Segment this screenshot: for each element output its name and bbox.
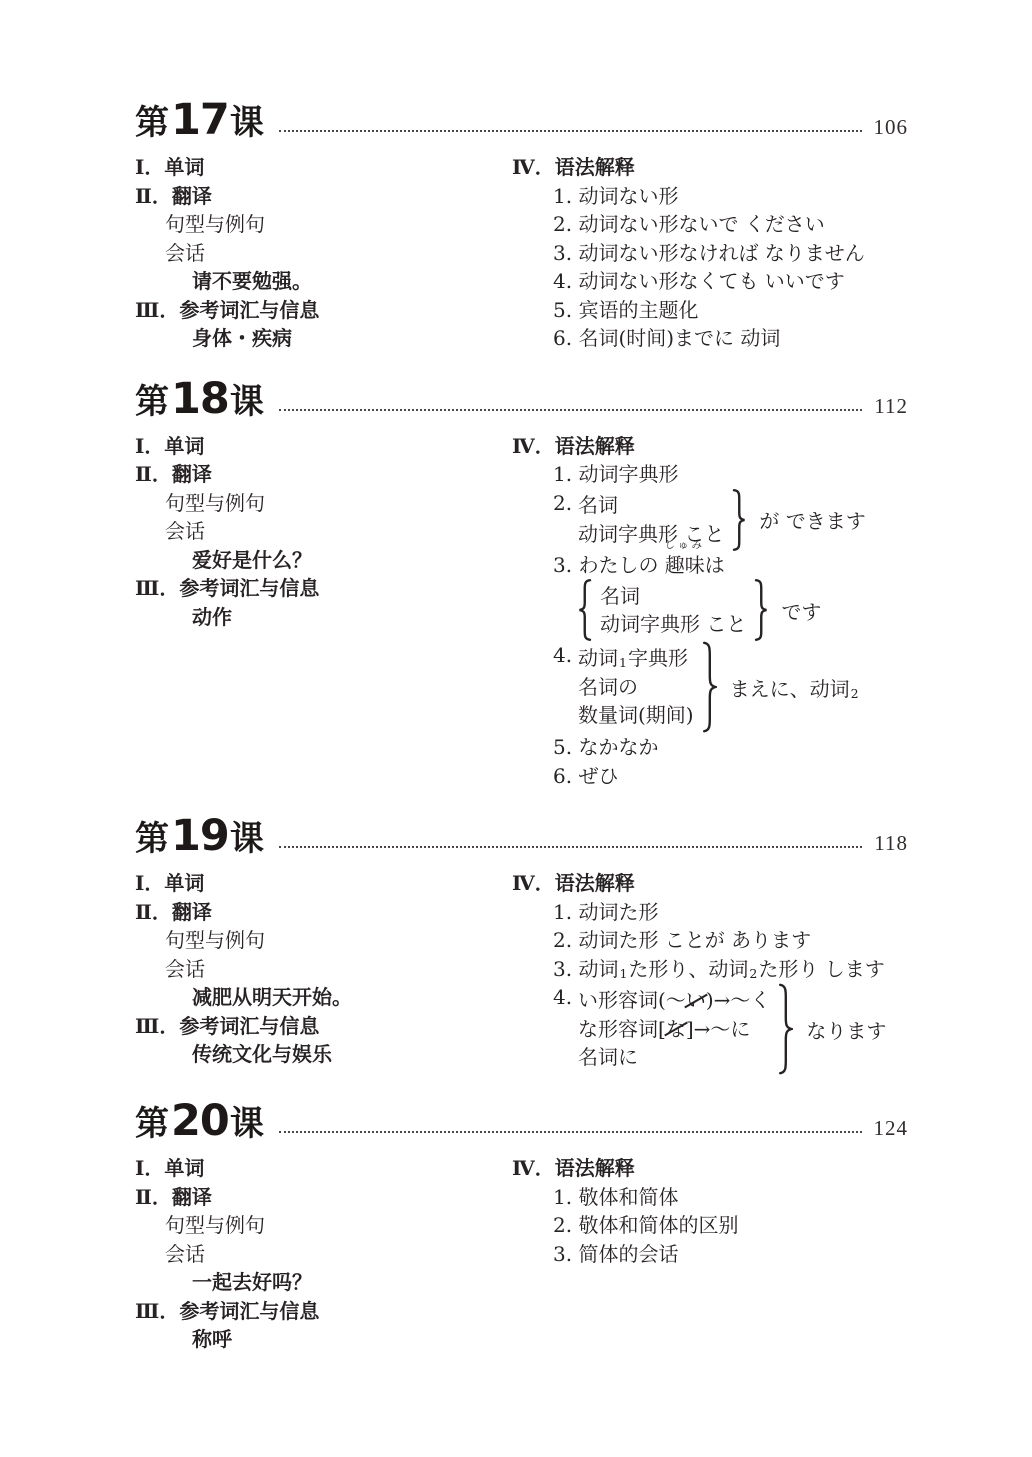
subscript: 2	[748, 966, 758, 981]
lesson-prefix: 第	[135, 103, 170, 143]
brace-line: 名词	[600, 582, 746, 611]
grammar-item: 2. 动词ない形ないで ください	[512, 210, 908, 239]
subscript: 1	[618, 655, 628, 670]
toc-entry: 句型与例句	[135, 1211, 512, 1240]
toc-entry: 会话	[135, 239, 512, 268]
left-brace	[578, 579, 593, 641]
lesson-prefix: 第	[135, 1104, 170, 1144]
grammar-header: Ⅳ．语法解释	[512, 869, 908, 898]
section-lesson-19: 第19课 118 Ⅰ．单词 Ⅱ．翻译 句型与例句 会话 减肥从明天开始。 Ⅲ．参…	[135, 816, 908, 1075]
grammar-item: 1. 动词字典形	[512, 460, 908, 489]
section-lesson-18: 第18课 112 Ⅰ．单词 Ⅱ．翻译 句型与例句 会话 爱好是什么？ Ⅲ．参考词…	[135, 379, 908, 791]
page-number: 112	[874, 396, 908, 417]
lesson-suffix: 课	[230, 103, 265, 143]
brace-line: 名词	[578, 491, 724, 520]
left-column: Ⅰ．单词 Ⅱ．翻译 句型与例句 会话 请不要勉强。 Ⅲ．参考词汇与信息 身体・疾…	[135, 153, 512, 353]
toc-entry: 会话	[135, 955, 512, 984]
lesson-number: 17	[170, 95, 230, 145]
toc-entry: Ⅲ．参考词汇与信息	[135, 296, 512, 325]
brace-line: な形容词[な]→〜に	[578, 1015, 770, 1044]
item-number: 4.	[553, 983, 578, 1012]
brace-line: 名词の	[578, 673, 694, 702]
item-number: 4.	[553, 641, 578, 670]
furigana: しゅみ	[665, 540, 706, 551]
right-brace	[777, 983, 793, 1075]
grammar-item: 3. 简体的会话	[512, 1240, 908, 1269]
grammar-item: 4. 动词ない形なくても いいです	[512, 267, 908, 296]
brace-line: 动词字典形 こと	[600, 610, 746, 639]
toc-entry-bold: 称呼	[135, 1325, 512, 1354]
page-number: 106	[874, 117, 909, 138]
slashed-kana: い	[686, 986, 706, 1015]
toc-entry: Ⅰ．单词	[135, 153, 512, 182]
grammar-item: 3. 动词ない形なければ なりません	[512, 239, 908, 268]
dotted-leader	[279, 409, 862, 411]
lesson-suffix: 课	[230, 382, 265, 422]
toc-entry-bold: 减肥从明天开始。	[135, 983, 512, 1012]
grammar-item: 2. 动词た形 ことが あります	[512, 926, 908, 955]
toc-entry: Ⅲ．参考词汇与信息	[135, 574, 512, 603]
toc-entry-bold: 传统文化与娱乐	[135, 1040, 512, 1069]
toc-page: 第17课 106 Ⅰ．单词 Ⅱ．翻译 句型与例句 会话 请不要勉强。 Ⅲ．参考词…	[0, 0, 1032, 1457]
lesson-20-header: 第20课 124	[135, 1101, 908, 1143]
dotted-leader	[279, 846, 862, 848]
brace-line: い形容词(〜い)→〜く	[578, 986, 770, 1015]
right-brace	[731, 489, 746, 551]
lesson-19-title: 第19课	[135, 815, 265, 858]
right-column: Ⅳ．语法解释 1. 动词字典形 2. 名词 动词字典形 こと が できます 3.…	[512, 432, 908, 791]
toc-entry: 会话	[135, 517, 512, 546]
subscript: 1	[618, 966, 628, 981]
grammar-item: 5. なかなか	[512, 733, 908, 762]
toc-entry: Ⅰ．单词	[135, 1154, 512, 1183]
grammar-header: Ⅳ．语法解释	[512, 153, 908, 182]
toc-entry-bold: 爱好是什么？	[135, 546, 512, 575]
toc-entry: 句型与例句	[135, 489, 512, 518]
page-number: 118	[874, 833, 908, 854]
dotted-leader	[279, 1131, 862, 1133]
left-column: Ⅰ．单词 Ⅱ．翻译 句型与例句 会话 减肥从明天开始。 Ⅲ．参考词汇与信息 传统…	[135, 869, 512, 1075]
dotted-leader	[279, 130, 862, 132]
toc-entry-bold: 身体・疾病	[135, 324, 512, 353]
lesson-number: 20	[170, 1096, 230, 1146]
grammar-item: 5. 宾语的主题化	[512, 296, 908, 325]
grammar-item: 6. 名词(时间)までに 动词	[512, 324, 908, 353]
brace-line: 动词1字典形	[578, 644, 694, 673]
lesson-18-title: 第18课	[135, 378, 265, 421]
brace-after-text: が できます	[759, 505, 865, 534]
toc-entry-bold: 动作	[135, 603, 512, 632]
lesson-suffix: 课	[230, 1104, 265, 1144]
toc-entry: Ⅱ．翻译	[135, 1183, 512, 1212]
lesson-prefix: 第	[135, 819, 170, 859]
left-column: Ⅰ．单词 Ⅱ．翻译 句型与例句 会话 一起去好吗？ Ⅲ．参考词汇与信息 称呼	[135, 1154, 512, 1354]
lesson-20-title: 第20课	[135, 1100, 265, 1143]
toc-entry-bold: 请不要勉强。	[135, 267, 512, 296]
grammar-item: 2. 敬体和简体的区别	[512, 1211, 908, 1240]
lesson-number: 18	[170, 374, 230, 424]
toc-entry-bold: 一起去好吗？	[135, 1268, 512, 1297]
grammar-item: 1. 动词ない形	[512, 182, 908, 211]
lesson-17-header: 第17课 106	[135, 100, 908, 142]
toc-entry: Ⅱ．翻译	[135, 182, 512, 211]
lesson-prefix: 第	[135, 382, 170, 422]
brace-after-text: なります	[806, 1015, 886, 1044]
brace-after-text: まえに、动词2	[730, 673, 860, 702]
grammar-item-brace-group: 名词 动词字典形 こと です	[512, 579, 908, 641]
section-lesson-20: 第20课 124 Ⅰ．单词 Ⅱ．翻译 句型与例句 会话 一起去好吗？ Ⅲ．参考词…	[135, 1101, 908, 1354]
grammar-item: 6. ぜひ	[512, 762, 908, 791]
grammar-item: 1. 动词た形	[512, 898, 908, 927]
brace-line: 名词に	[578, 1043, 770, 1072]
grammar-item: 3. 动词1た形り、动词2た形り します	[512, 955, 908, 984]
grammar-header: Ⅳ．语法解释	[512, 1154, 908, 1183]
right-column: Ⅳ．语法解释 1. 动词ない形 2. 动词ない形ないで ください 3. 动词ない…	[512, 153, 908, 353]
toc-entry: Ⅲ．参考词汇与信息	[135, 1012, 512, 1041]
slashed-kana: な	[666, 1015, 686, 1044]
right-brace	[753, 579, 768, 641]
page-number: 124	[874, 1118, 909, 1139]
toc-entry: 会话	[135, 1240, 512, 1269]
toc-entry: Ⅱ．翻译	[135, 898, 512, 927]
toc-entry: 句型与例句	[135, 926, 512, 955]
left-column: Ⅰ．单词 Ⅱ．翻译 句型与例句 会话 爱好是什么？ Ⅲ．参考词汇与信息 动作	[135, 432, 512, 791]
toc-entry: Ⅰ．单词	[135, 869, 512, 898]
right-brace	[701, 641, 717, 733]
lesson-18-header: 第18课 112	[135, 379, 908, 421]
grammar-item: 1. 敬体和简体	[512, 1183, 908, 1212]
grammar-item-brace-group: 4. い形容词(〜い)→〜く な形容词[な]→〜に 名词に なります	[512, 983, 908, 1075]
grammar-header: Ⅳ．语法解释	[512, 432, 908, 461]
toc-entry: Ⅰ．单词	[135, 432, 512, 461]
lesson-suffix: 课	[230, 819, 265, 859]
section-lesson-17: 第17课 106 Ⅰ．单词 Ⅱ．翻译 句型与例句 会话 请不要勉强。 Ⅲ．参考词…	[135, 100, 908, 353]
toc-entry: Ⅲ．参考词汇与信息	[135, 1297, 512, 1326]
grammar-item: 3. わたしの 趣味しゅみは	[512, 551, 908, 580]
subscript: 2	[850, 686, 860, 701]
right-column: Ⅳ．语法解释 1. 动词た形 2. 动词た形 ことが あります 3. 动词1た形…	[512, 869, 908, 1075]
ruby-word: 趣味しゅみ	[665, 551, 705, 580]
lesson-19-header: 第19课 118	[135, 816, 908, 858]
lesson-number: 19	[170, 811, 230, 861]
right-column: Ⅳ．语法解释 1. 敬体和简体 2. 敬体和简体的区别 3. 简体的会话	[512, 1154, 908, 1354]
item-number: 2.	[553, 489, 578, 518]
brace-line: 数量词(期间)	[578, 701, 694, 730]
toc-entry: Ⅱ．翻译	[135, 460, 512, 489]
lesson-17-title: 第17课	[135, 99, 265, 142]
brace-after-text: です	[781, 596, 821, 625]
grammar-item-brace-group: 2. 名词 动词字典形 こと が できます	[512, 489, 908, 551]
toc-entry: 句型与例句	[135, 210, 512, 239]
grammar-item-brace-group: 4. 动词1字典形 名词の 数量词(期间) まえに、动词2	[512, 641, 908, 733]
